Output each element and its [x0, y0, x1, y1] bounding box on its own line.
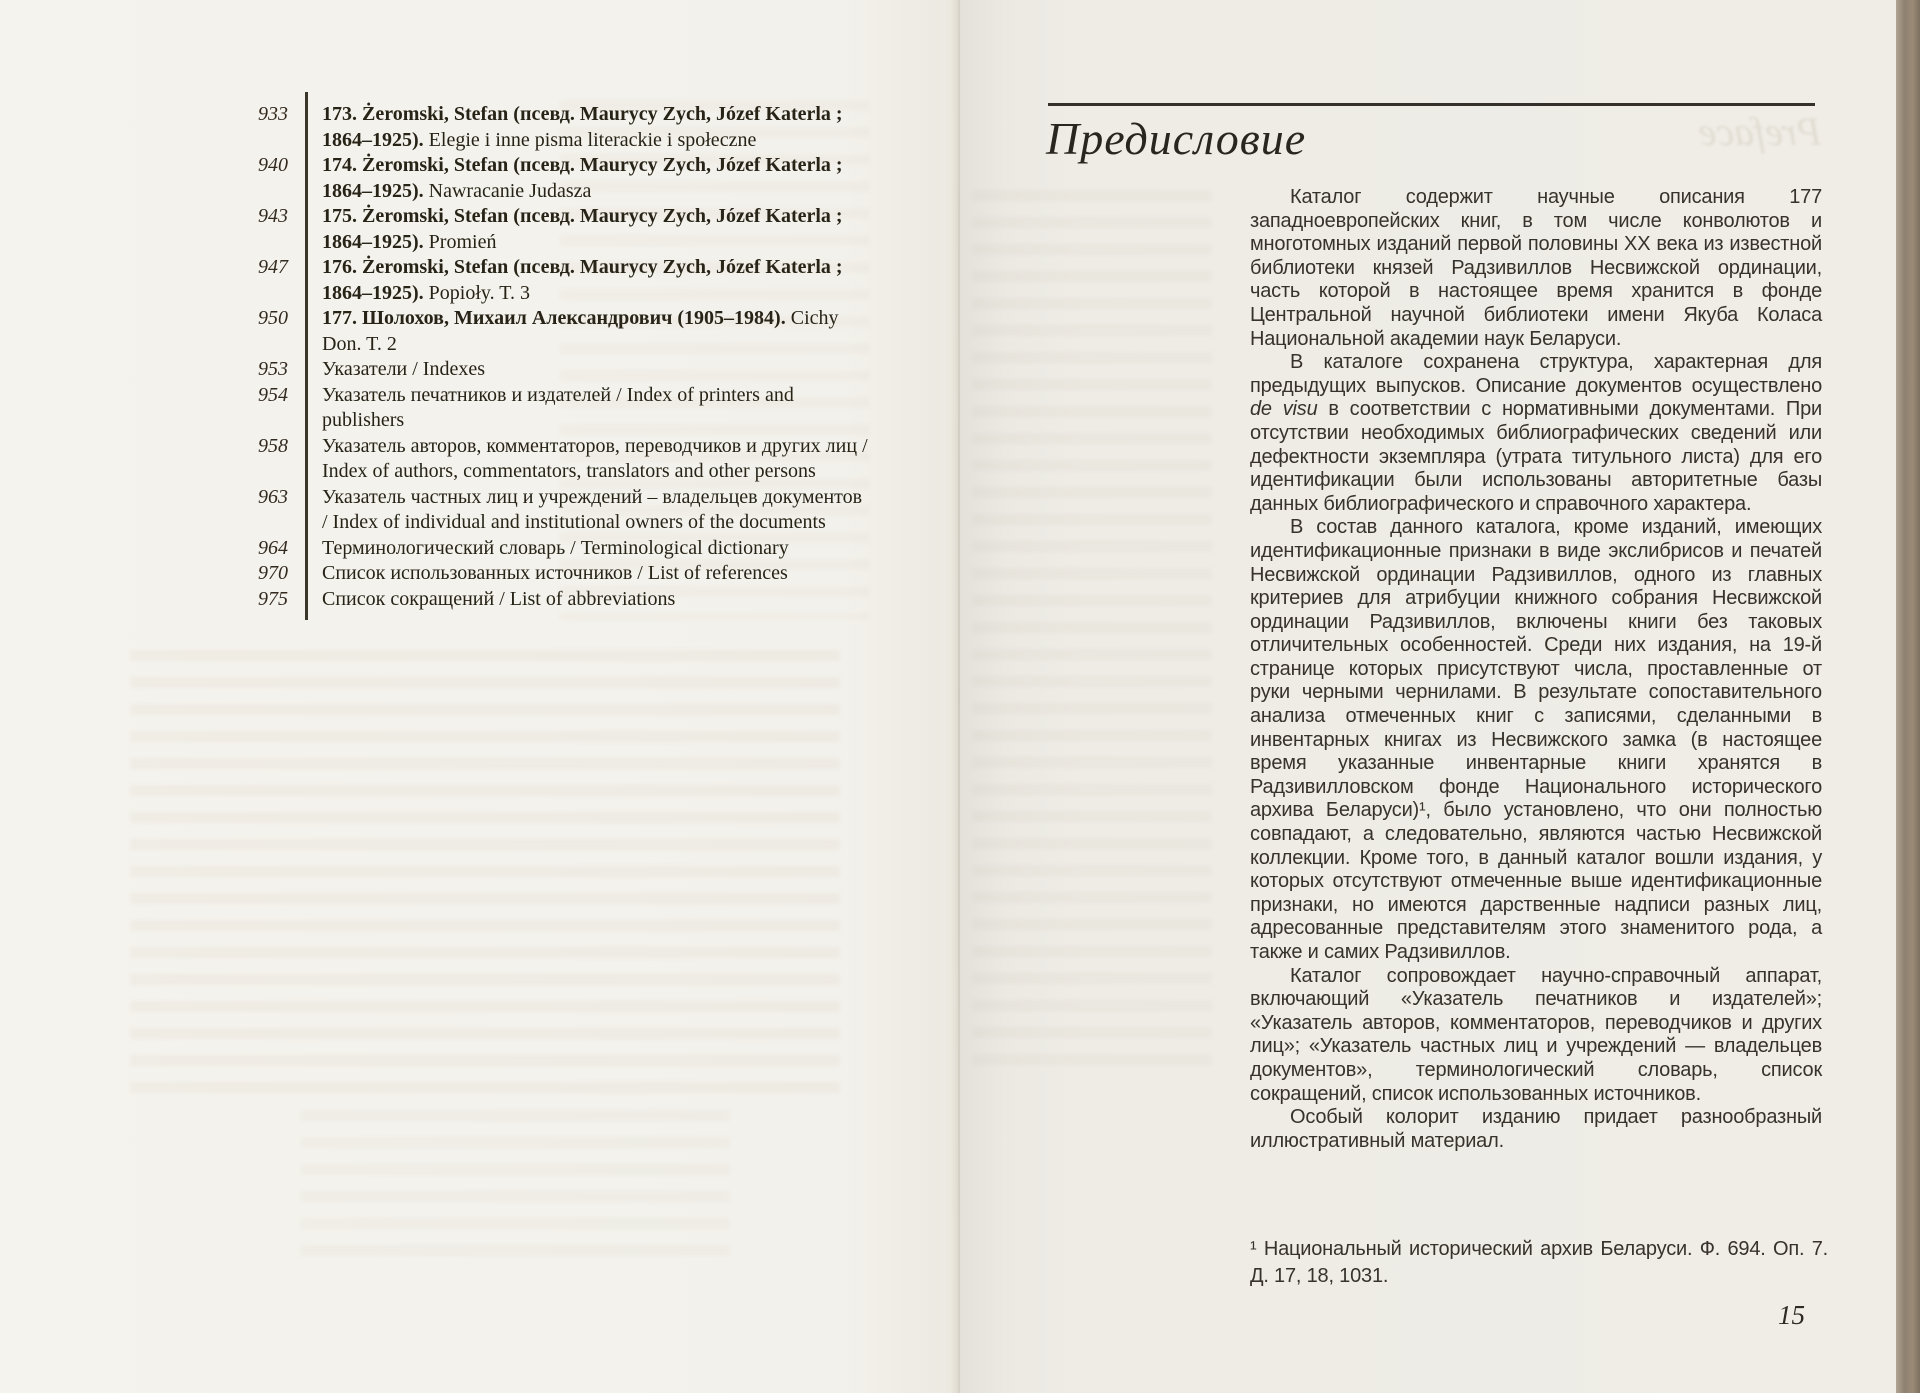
toc-entry-title: Указатель частных лиц и учреждений – вла…: [322, 486, 862, 534]
table-row: 953 Указатели / Indexes: [96, 357, 868, 383]
table-row: 975 Список сокращений / List of abbrevia…: [96, 587, 868, 613]
toc-entry-text: Указатель авторов, комментаторов, перево…: [322, 434, 868, 485]
toc-page-number: 953: [96, 357, 288, 383]
toc-entry-title: Elegie i inne pisma literackie i społecz…: [424, 129, 757, 151]
toc-entry-title: Promień: [424, 231, 497, 253]
left-page: 933 173. Żeromski, Stefan (псевд. Mauryc…: [0, 0, 960, 1393]
table-row: 954 Указатель печатников и издателей / I…: [96, 383, 868, 434]
table-row: 943 175. Żeromski, Stefan (псевд. Mauryc…: [96, 204, 868, 255]
toc-page-number: 947: [96, 255, 288, 281]
toc-entry-text: Список использованных источников / List …: [322, 561, 868, 587]
toc-page-number: 970: [96, 561, 288, 587]
toc-entry-title: Указатель авторов, комментаторов, перево…: [322, 435, 868, 483]
table-row: 958 Указатель авторов, комментаторов, пе…: [96, 434, 868, 485]
preface-paragraph: Каталог сопровождает научно-справочный а…: [1250, 965, 1822, 1107]
table-row: 970 Список использованных источников / L…: [96, 561, 868, 587]
toc-entry-text: 177. Шолохов, Михаил Александрович (1905…: [322, 306, 868, 357]
page-number: 15: [1778, 1300, 1805, 1331]
table-row: 963 Указатель частных лиц и учреждений –…: [96, 485, 868, 536]
toc-page-number: 958: [96, 434, 288, 460]
bleed-through-texture: [130, 650, 840, 1100]
toc-entry-text: Указатель печатников и издателей / Index…: [322, 383, 868, 434]
bleed-through-ghost-title: Preface: [1660, 108, 1860, 155]
latin-term: de visu: [1250, 398, 1318, 420]
preface-paragraph: В состав данного каталога, кроме изданий…: [1250, 516, 1822, 964]
paragraph-text: в соответствии с нормативными документам…: [1250, 398, 1822, 514]
table-row: 950 177. Шолохов, Михаил Александрович (…: [96, 306, 868, 357]
toc-entry-text: 176. Żeromski, Stefan (псевд. Maurycy Zy…: [322, 255, 868, 306]
toc-page-number: 950: [96, 306, 288, 332]
toc-entry-title: Список сокращений / List of abbreviation…: [322, 588, 675, 610]
toc-entry-text: 175. Żeromski, Stefan (псевд. Maurycy Zy…: [322, 204, 868, 255]
toc-entry-text: Указатели / Indexes: [322, 357, 868, 383]
table-row: 947 176. Żeromski, Stefan (псевд. Mauryc…: [96, 255, 868, 306]
toc-entry-text: Терминологический словарь / Terminologic…: [322, 536, 868, 562]
toc-page-number: 964: [96, 536, 288, 562]
header-rule: [1048, 103, 1815, 106]
preface-paragraph: Каталог содержит научные описания 177 за…: [1250, 186, 1822, 351]
book-edge: [1896, 0, 1920, 1393]
toc-page-number: 940: [96, 153, 288, 179]
toc-entry-title: Терминологический словарь / Terminologic…: [322, 537, 789, 559]
table-of-contents: 933 173. Żeromski, Stefan (псевд. Mauryc…: [96, 102, 868, 612]
table-row: 940 174. Żeromski, Stefan (псевд. Mauryc…: [96, 153, 868, 204]
bleed-through-texture: [300, 1110, 730, 1270]
preface-paragraph: В каталоге сохранена структура, характер…: [1250, 351, 1822, 516]
preface-body: Каталог содержит научные описания 177 за…: [1250, 186, 1822, 1153]
toc-entry-text: 173. Żeromski, Stefan (псевд. Maurycy Zy…: [322, 102, 868, 153]
preface-paragraph: Особый колорит изданию придает разнообра…: [1250, 1106, 1822, 1153]
toc-entry-title: Popioły. T. 3: [424, 282, 530, 304]
toc-page-number: 933: [96, 102, 288, 128]
toc-page-number: 975: [96, 587, 288, 613]
toc-entry-title: Nawracanie Judasza: [424, 180, 592, 202]
toc-entry-title: Список использованных источников / List …: [322, 562, 788, 584]
book-spread-scan: 933 173. Żeromski, Stefan (псевд. Mauryc…: [0, 0, 1920, 1393]
toc-page-number: 943: [96, 204, 288, 230]
toc-entry-author: 175. Żeromski, Stefan (псевд. Maurycy Zy…: [322, 205, 843, 253]
toc-entry-text: 174. Żeromski, Stefan (псевд. Maurycy Zy…: [322, 153, 868, 204]
toc-page-number: 963: [96, 485, 288, 511]
toc-page-number: 954: [96, 383, 288, 409]
toc-entry-title: Указатель печатников и издателей / Index…: [322, 384, 794, 432]
footnote: ¹ Национальный исторический архив Белару…: [1250, 1236, 1828, 1290]
table-row: 964 Терминологический словарь / Terminol…: [96, 536, 868, 562]
toc-entry-text: Список сокращений / List of abbreviation…: [322, 587, 868, 613]
bleed-through-texture: [972, 190, 1212, 1070]
paragraph-text: В каталоге сохранена структура, характер…: [1250, 351, 1822, 397]
right-page: Preface Предисловие Каталог содержит нау…: [960, 0, 1896, 1393]
page-title: Предисловие: [1046, 112, 1306, 165]
toc-entry-title: Указатели / Indexes: [322, 358, 485, 380]
contents-divider-rule: [305, 92, 308, 620]
toc-entry-text: Указатель частных лиц и учреждений – вла…: [322, 485, 868, 536]
table-row: 933 173. Żeromski, Stefan (псевд. Mauryc…: [96, 102, 868, 153]
toc-entry-author: 177. Шолохов, Михаил Александрович (1905…: [322, 307, 786, 329]
toc-entry-author: 176. Żeromski, Stefan (псевд. Maurycy Zy…: [322, 256, 843, 304]
